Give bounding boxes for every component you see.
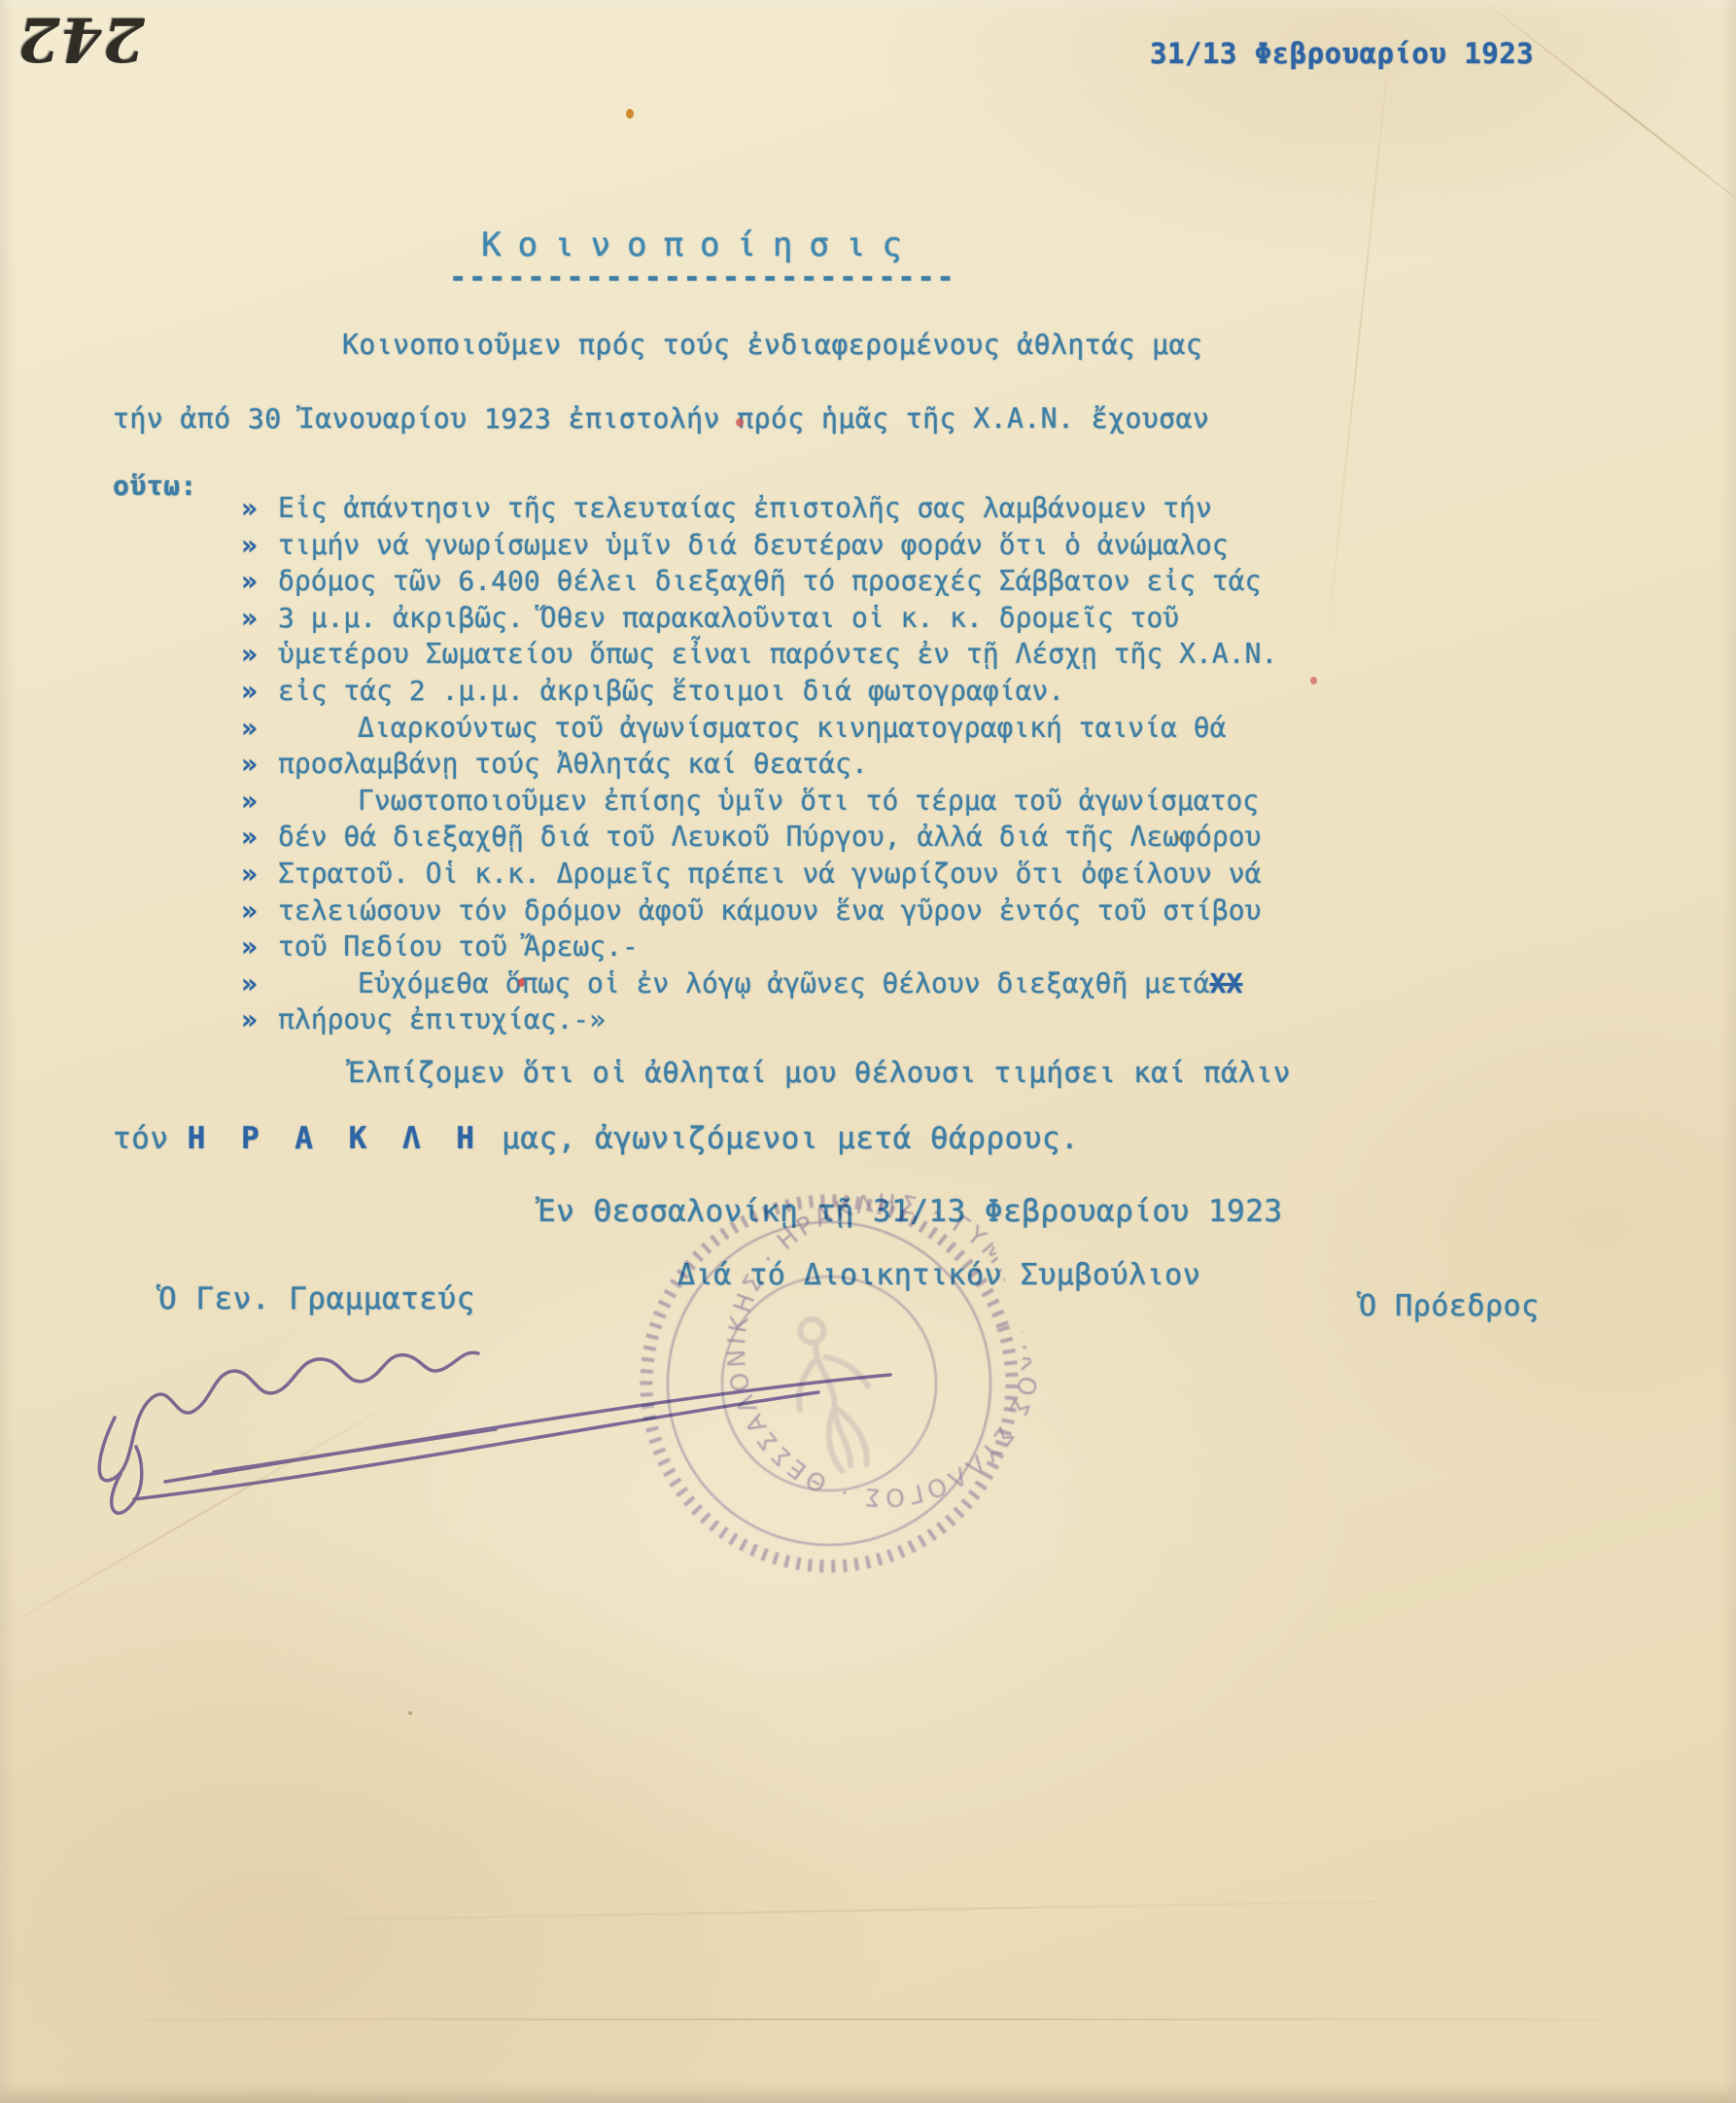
quote-line-text: τοῦ Πεδίου τοῦ Ἄρεως.- [278, 930, 639, 963]
quote-line-text: εἰς τάς 2 .μ.μ. ἀκριβῶς ἕτοιμοι διά φωτο… [278, 675, 1064, 707]
quote-line: »Εἰς ἀπάντησιν τῆς τελευταίας ἐπιστολῆς … [241, 492, 1631, 529]
quote-line: »Εὐχόμεθα ὅπως οἱ ἐν λόγῳ ἀγῶνες θέλουν … [241, 967, 1631, 1004]
secretary-signature [78, 1301, 904, 1534]
quote-line-text: δέν θά διεξαχθῇ διά τοῦ Λευκοῦ Πύργου, ἀ… [278, 821, 1261, 853]
quote-marker: » [241, 821, 258, 853]
quote-line: »Διαρκούντως τοῦ ἀγωνίσματος κινηματογρα… [241, 712, 1631, 749]
quote-line-text: προσλαμβάνῃ τούς Ἀθλητάς καί θεατάς. [278, 748, 868, 780]
intro-line-2: τήν ἀπό 30 Ἰανουαρίου 1923 ἐπιστολήν πρό… [113, 403, 1209, 435]
quote-line: »δρόμος τῶν 6.400 θέλει διεξαχθῆ τό προσ… [241, 565, 1631, 602]
quote-line: »Γνωστοποιοῦμεν ἐπίσης ὑμῖν ὅτι τό τέρμα… [241, 785, 1631, 822]
quote-line: »τελειώσουν τόν δρόμον ἀφοῦ κάμουν ἕνα γ… [241, 894, 1631, 931]
date-line: 31/13 Φεβρουαρίου 1923 [1150, 37, 1534, 70]
president-title: Ὁ Πρόεδρος [1359, 1289, 1540, 1323]
quote-marker: » [241, 638, 258, 670]
quote-line: »προσλαμβάνῃ τούς Ἀθλητάς καί θεατάς. [241, 748, 1631, 785]
quote-marker: » [241, 1003, 258, 1035]
quote-line-text: Διαρκούντως τοῦ ἀγωνίσματος κινηματογραφ… [358, 712, 1226, 744]
quote-line: »Στρατοῦ. Οἱ κ.κ. Δρομεῖς πρέπει νά γνωρ… [241, 858, 1631, 894]
quote-line-text: τιμήν νά γνωρίσωμεν ὑμῖν διά δευτέραν φο… [278, 529, 1229, 561]
quote-line: »δέν θά διεξαχθῇ διά τοῦ Λευκοῦ Πύργου, … [241, 821, 1631, 858]
quote-line-text: Εὐχόμεθα ὅπως οἱ ἐν λόγῳ ἀγῶνες θέλουν δ… [358, 967, 1210, 999]
quote-line-text: ὑμετέρου Σωματείου ὅπως εἶναι παρόντες ἐ… [278, 638, 1277, 670]
quote-marker: » [241, 785, 258, 817]
quote-marker: » [241, 565, 258, 597]
struck-text: ΧΧ [1210, 967, 1243, 999]
quote-line: »ὑμετέρου Σωματείου ὅπως εἶναι παρόντες … [241, 638, 1631, 675]
quote-line-text: δρόμος τῶν 6.400 θέλει διεξαχθῆ τό προσε… [278, 565, 1261, 597]
quote-marker: » [241, 967, 258, 999]
quote-marker: » [241, 675, 258, 707]
quote-marker: » [241, 894, 258, 927]
quote-line-text: 3 μ.μ. ἀκριβῶς. Ὅθεν παρακαλοῦνται οἱ κ.… [278, 602, 1179, 634]
crease-line [136, 1897, 1594, 1924]
quote-line: »3 μ.μ. ἀκριβῶς. Ὅθεν παρακαλοῦνται οἱ κ… [241, 602, 1631, 639]
quote-marker: » [241, 492, 258, 524]
quote-marker: » [241, 712, 258, 744]
title-underline: -------------------------- [449, 261, 955, 295]
quote-marker: » [241, 858, 258, 890]
quote-line-text: Στρατοῦ. Οἱ κ.κ. Δρομεῖς πρέπει νά γνωρί… [278, 858, 1261, 890]
intro-line-3: οὕτω: [113, 470, 197, 502]
closing-line-2-post: μας, ἀγωνιζόμενοι μετά θάρρους. [483, 1121, 1079, 1156]
document-page: 242 31/13 Φεβρουαρίου 1923 Κοινοποίησις … [0, 0, 1736, 2103]
quote-marker: » [241, 930, 258, 963]
paper-speck [408, 1711, 412, 1715]
quoted-letter-block: »Εἰς ἀπάντησιν τῆς τελευταίας ἐπιστολῆς … [241, 492, 1631, 1040]
quote-line-text: Γνωστοποιοῦμεν ἐπίσης ὑμῖν ὅτι τό τέρμα … [358, 785, 1259, 817]
closing-line-1: Ἐλπίζομεν ὅτι οἱ ἀθληταί μου θέλουσι τιμ… [348, 1056, 1291, 1089]
letter-title: Κοινοποίησις [457, 226, 943, 264]
quote-line-text: Εἰς ἀπάντησιν τῆς τελευταίας ἐπιστολῆς σ… [278, 492, 1212, 524]
intro-line-1: Κοινοποιοῦμεν πρός τούς ἐνδιαφερομένους … [342, 329, 1202, 361]
quote-line-text: πλήρους ἐπιτυχίας.-» [278, 1003, 606, 1035]
closing-line-2-pre: τόν [113, 1121, 188, 1156]
quote-line: »εἰς τάς 2 .μ.μ. ἀκριβῶς ἕτοιμοι διά φωτ… [241, 675, 1631, 712]
quote-marker: » [241, 748, 258, 780]
page-number: 242 [17, 4, 145, 75]
quote-line: »πλήρους ἐπιτυχίας.-» [241, 1003, 1631, 1040]
crease-line [0, 2018, 1736, 2020]
club-name: Η Ρ Α Κ Λ Η [188, 1121, 483, 1156]
quote-line: »τιμήν νά γνωρίσωμεν ὑμῖν διά δευτέραν φ… [241, 529, 1631, 566]
quote-line: »τοῦ Πεδίου τοῦ Ἄρεως.- [241, 930, 1631, 967]
quote-marker: » [241, 529, 258, 561]
quote-marker: » [241, 602, 258, 634]
paper-speck [626, 109, 634, 119]
quote-line-text: τελειώσουν τόν δρόμον ἀφοῦ κάμουν ἕνα γῦ… [278, 894, 1261, 927]
